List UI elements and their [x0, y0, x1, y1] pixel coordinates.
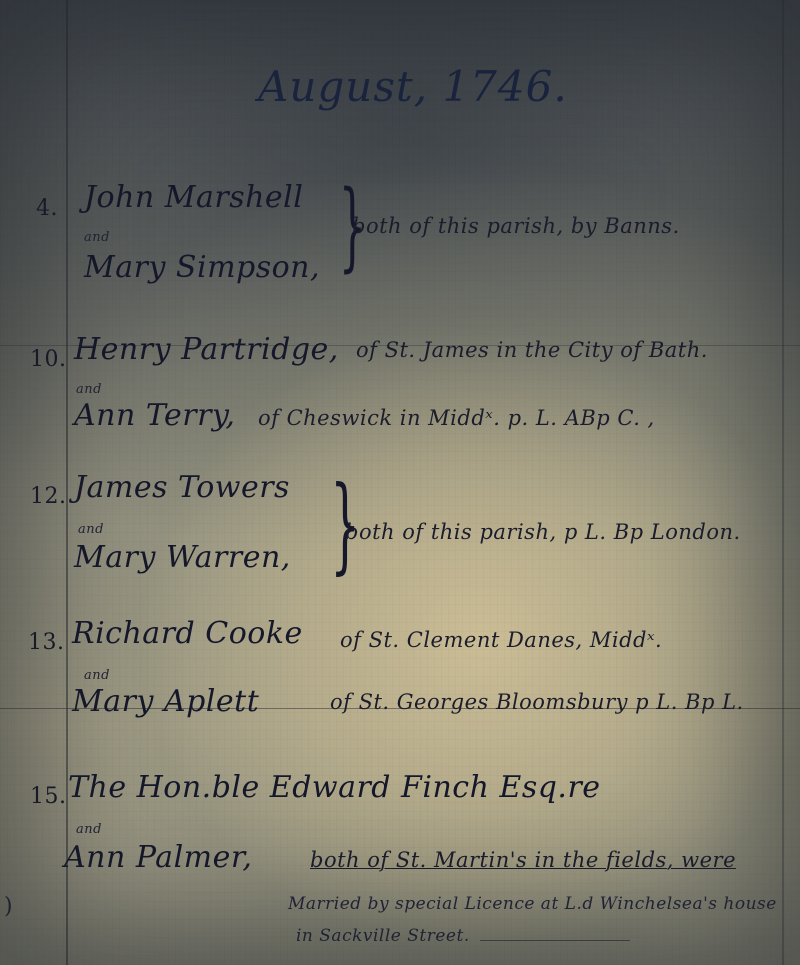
- entry-date: 10.: [30, 347, 67, 372]
- margin-mark: ): [4, 894, 13, 919]
- marriage-note-line: Married by special Licence at L.d Winche…: [288, 894, 777, 914]
- entry-date: 12.: [30, 484, 67, 509]
- entry-note: both of this parish, by Banns.: [352, 214, 680, 238]
- entry-date: 4.: [36, 196, 58, 221]
- left-margin-rule: [66, 0, 68, 965]
- line-filler: [480, 940, 630, 941]
- bride-name: Ann Palmer,: [64, 840, 252, 875]
- and-connector: and: [78, 522, 104, 537]
- bride-name: Mary Simpson,: [84, 250, 320, 285]
- and-connector: and: [84, 668, 110, 683]
- entry-date: 15.: [30, 784, 67, 809]
- register-page: August, 1746. 4. John Marshell and Mary …: [0, 0, 800, 965]
- bride-note: of Cheswick in Middˣ. p. L. ABp C. ,: [258, 406, 655, 430]
- bride-note: both of St. Martin's in the fields, were: [310, 848, 736, 872]
- and-connector: and: [76, 822, 102, 837]
- groom-name: John Marshell: [84, 180, 303, 215]
- bride-name: Mary Warren,: [74, 540, 291, 575]
- groom-name: The Hon.ble Edward Finch Esq.re: [68, 770, 601, 805]
- groom-name: Richard Cooke: [72, 616, 303, 651]
- bride-name: Ann Terry,: [74, 398, 235, 433]
- groom-note: of St. Clement Danes, Middˣ.: [340, 628, 662, 652]
- right-margin-rule: [782, 0, 784, 965]
- and-connector: and: [76, 382, 102, 397]
- and-connector: and: [84, 230, 110, 245]
- entry-note: both of this parish, p L. Bp London.: [345, 520, 741, 544]
- groom-name: Henry Partridge,: [74, 332, 339, 367]
- groom-name: James Towers: [74, 470, 290, 505]
- bride-note: of St. Georges Bloomsbury p L. Bp L.: [330, 690, 744, 714]
- groom-note: of St. James in the City of Bath.: [356, 338, 708, 362]
- page-heading: August, 1746.: [258, 62, 568, 111]
- marriage-note-line: in Sackville Street.: [296, 926, 470, 946]
- bride-name: Mary Aplett: [72, 684, 259, 719]
- entry-date: 13.: [28, 630, 65, 655]
